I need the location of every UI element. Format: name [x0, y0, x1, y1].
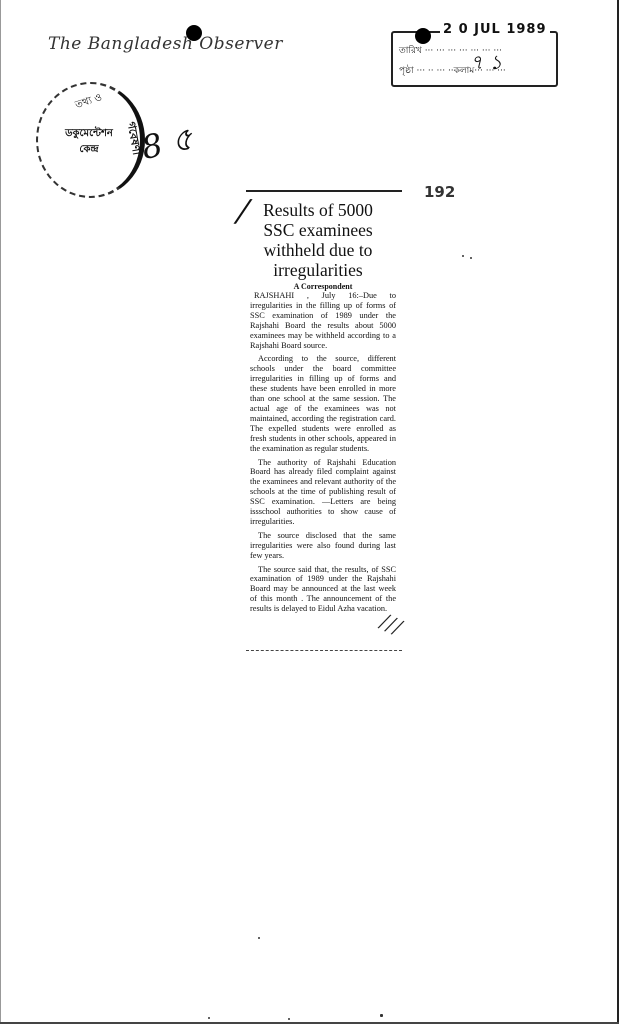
archive-seal: তথ্য ও ডকুমেন্টেশন কেন্দ্র গবেষণা	[36, 82, 145, 198]
scan-speck	[288, 1018, 290, 1020]
article-byline: A Correspondent	[258, 282, 388, 291]
newspaper-name: The Bangladesh Observer	[48, 34, 283, 54]
article-paragraph: According to the source, different schoo…	[250, 354, 396, 453]
article-paragraph: The source disclosed that the same irreg…	[250, 531, 396, 561]
stamp-date-value: 2 0 JUL 1989	[440, 22, 550, 37]
punch-hole-icon	[415, 28, 431, 44]
scan-speck	[462, 255, 464, 257]
page-number: 192	[424, 183, 455, 201]
article-paragraph: The authority of Rajshahi Education Boar…	[250, 458, 396, 527]
article-paragraph: The source said that, the results, of SS…	[250, 565, 396, 615]
stamp-handwritten-value: ৭ ১	[470, 48, 502, 81]
scan-speck	[380, 1014, 383, 1017]
scan-speck	[258, 937, 260, 939]
article-paragraph: RAJSHAHI , July 16:–Due to irregularitie…	[250, 291, 396, 350]
article-headline: Results of 5000 SSC examinees withheld d…	[258, 200, 378, 280]
page-edge-left	[0, 0, 1, 1024]
article-body: RAJSHAHI , July 16:–Due to irregularitie…	[250, 291, 396, 618]
scan-speck	[208, 1017, 210, 1019]
stamp-page-label: পৃষ্ঠা	[399, 66, 414, 76]
punch-hole-icon	[186, 25, 202, 41]
stamp-date-label: তারিখ	[399, 46, 422, 56]
scan-speck	[470, 257, 472, 259]
handwritten-number: 8 ৫	[137, 113, 198, 176]
